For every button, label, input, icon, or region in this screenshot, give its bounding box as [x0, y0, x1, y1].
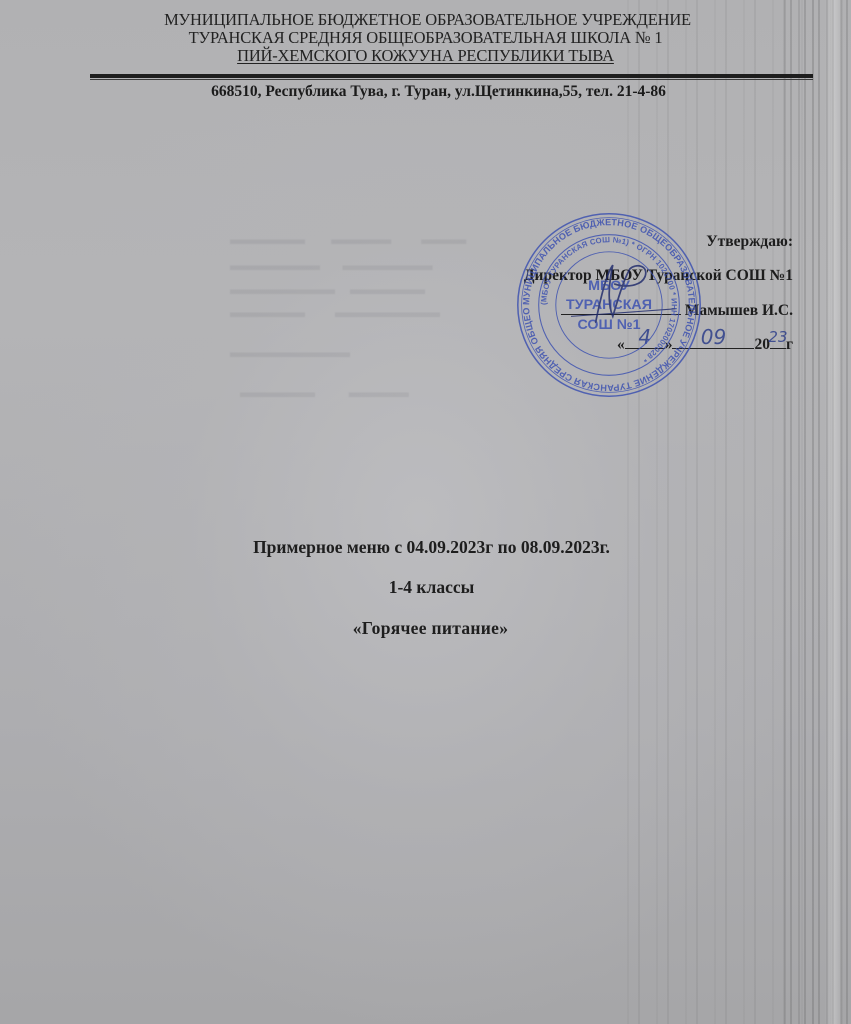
org-name-line-1: МУНИЦИПАЛЬНОЕ БЮДЖЕТНОЕ ОБРАЗОВАТЕЛЬНОЕ …	[17, 11, 839, 29]
showthrough-artifact: ▬▬▬▬▬ ▬▬▬▬▬▬▬	[230, 305, 440, 322]
document-title-block: Примерное меню с 04.09.2023г по 08.09.20…	[0, 537, 851, 638]
letterhead-rule	[90, 74, 813, 78]
date-year-field: 23	[770, 334, 786, 349]
showthrough-artifact: ▬▬▬▬▬▬ ▬▬▬▬▬▬	[230, 258, 433, 275]
date-day-field: 4	[625, 334, 665, 349]
letterhead-rule-thin	[90, 79, 813, 80]
org-address: 668510, Республика Тува, г. Туран, ул.Ще…	[0, 83, 851, 101]
approve-label: Утверждаю:	[524, 232, 793, 266]
approver-name: Мамышев И.С.	[685, 302, 793, 319]
showthrough-artifact: ▬▬▬▬▬ ▬▬▬▬ ▬▬▬	[230, 232, 466, 249]
approver-position: Директор МБОУ Туранской СОШ №1	[524, 266, 793, 300]
scan-edge-highlight	[825, 0, 843, 1024]
approval-block: Утверждаю: Директор МБОУ Туранской СОШ №…	[524, 232, 793, 368]
date-year-handwritten: 23	[768, 327, 787, 347]
scanned-page: ▬▬▬▬▬ ▬▬▬▬ ▬▬▬ ▬▬▬▬▬▬ ▬▬▬▬▬▬ ▬▬▬▬▬▬▬ ▬▬▬…	[0, 0, 851, 1024]
date-open-quote: «	[617, 336, 625, 353]
date-day-handwritten: 4	[638, 327, 651, 347]
date-month-field: 09	[672, 334, 754, 349]
org-name-line-3: ПИЙ-ХЕМСКОГО КОЖУУНА РЕСПУБЛИКИ ТЫВА	[13, 47, 838, 65]
document-subtitle: «Горячее питание»	[10, 618, 851, 638]
date-month-handwritten: 09	[701, 327, 726, 347]
org-name-line-2: ТУРАНСКАЯ СРЕДНЯЯ ОБЩЕОБРАЗОВАТЕЛЬНАЯ ШК…	[13, 29, 838, 47]
showthrough-artifact: ▬▬▬▬▬ ▬▬▬▬	[240, 385, 409, 402]
document-title: Примерное меню с 04.09.2023г по 08.09.20…	[12, 537, 851, 557]
showthrough-artifact: ▬▬▬▬▬▬▬▬	[230, 345, 350, 362]
showthrough-artifact: ▬▬▬▬▬▬▬ ▬▬▬▬▬	[230, 282, 425, 299]
date-close-quote: »	[665, 336, 673, 353]
approver-name-row: Мамышев И.С.	[524, 300, 793, 334]
scan-streaks	[621, 0, 851, 1024]
letterhead: МУНИЦИПАЛЬНОЕ БЮДЖЕТНОЕ ОБРАЗОВАТЕЛЬНОЕ …	[0, 11, 851, 65]
signature-line	[561, 300, 681, 315]
document-grades: 1-4 классы	[12, 577, 851, 597]
approval-date-row: «4»092023г	[524, 334, 793, 368]
